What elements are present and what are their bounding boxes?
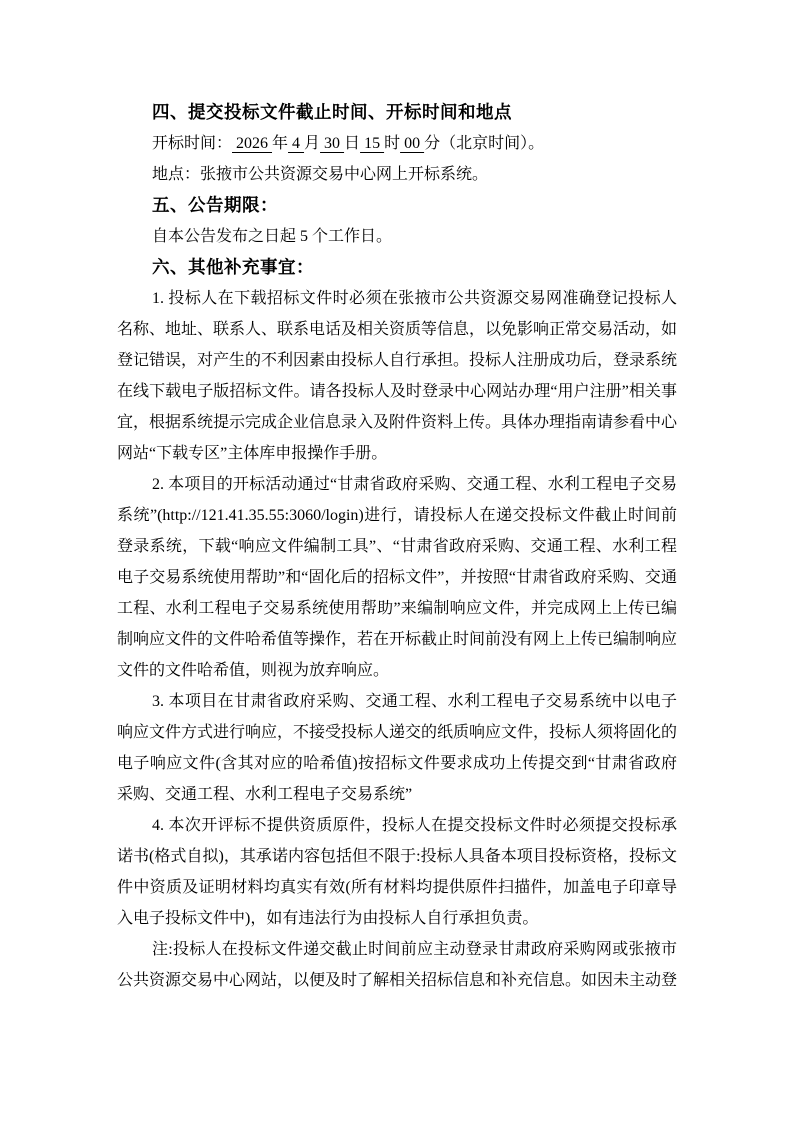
date-text: 日 [344, 135, 360, 152]
document-page: 四、提交投标文件截止时间、开标时间和地点 开标时间： 2026 年 4 月 30… [0, 0, 793, 1122]
supplement-paragraph-1: 1. 投标人在下载招标文件时必须在张掖市公共资源交易网准确登记投标人名称、地址、… [117, 283, 677, 469]
underlined-date-value: 2026 [232, 135, 272, 152]
note-paragraph: 注:投标人在投标文件递交截止时间前应主动登录甘肃政府采购网或张掖市公共资源交易中… [117, 934, 677, 996]
date-text: 分（北京时间）。 [424, 135, 544, 152]
date-text: 年 [272, 135, 288, 152]
section5-heading: 五、公告期限： [117, 190, 677, 221]
underlined-date-value: 15 [360, 135, 384, 152]
open-time-line: 开标时间： 2026 年 4 月 30 日 15 时 00 分（北京时间）。 [117, 128, 677, 159]
date-text: 时 [384, 135, 400, 152]
supplement-paragraph-3: 3. 本项目在甘肃省政府采购、交通工程、水利工程电子交易系统中以电子响应文件方式… [117, 686, 677, 810]
supplement-paragraph-4: 4. 本次开评标不提供资质原件，投标人在提交投标文件时必须提交投标承诺书(格式自… [117, 810, 677, 934]
supplement-paragraph-2: 2. 本项目的开标活动通过“甘肃省政府采购、交通工程、水利工程电子交易系统”(h… [117, 469, 677, 686]
date-text: 月 [304, 135, 320, 152]
underlined-date-value: 00 [400, 135, 424, 152]
date-text: 开标时间： [152, 135, 232, 152]
section4-heading: 四、提交投标文件截止时间、开标时间和地点 [117, 97, 677, 128]
underlined-date-value: 30 [320, 135, 344, 152]
notice-period-line: 自本公告发布之日起 5 个工作日。 [117, 221, 677, 252]
underlined-date-value: 4 [288, 135, 304, 152]
section6-heading: 六、其他补充事宜： [117, 252, 677, 283]
location-line: 地点：张掖市公共资源交易中心网上开标系统。 [117, 159, 677, 190]
